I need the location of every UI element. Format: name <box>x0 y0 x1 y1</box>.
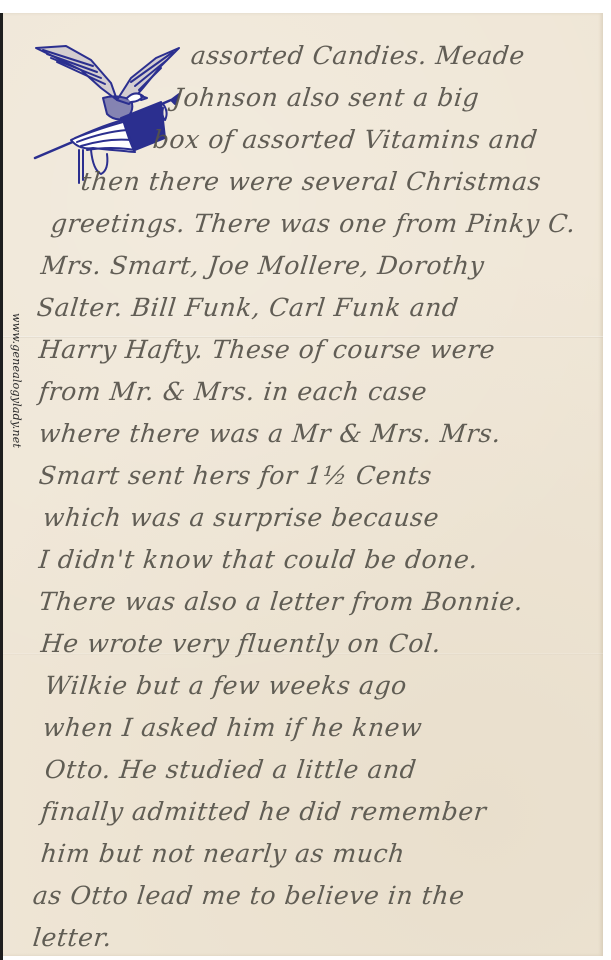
letter-line: box of assorted Vitamins and <box>152 127 539 152</box>
letter-line: Wilkie but a few weeks ago <box>44 673 409 698</box>
letter-line: Smart sent hers for 1½ Cents <box>38 463 434 488</box>
letter-line: which was a surprise because <box>42 505 441 530</box>
scanned-letter-page: www.genealogylady.net <box>0 0 611 960</box>
letter-line: finally admitted he did remember <box>40 799 488 824</box>
letter-line: when I asked him if he knew <box>42 715 424 740</box>
letter-line: I didn't know that could be done. <box>38 547 480 572</box>
letter-line: He wrote very fluently on Col. <box>40 631 443 656</box>
letter-line: greetings. There was one from Pinky C. <box>50 211 577 236</box>
letter-line: Salter. Bill Funk, Carl Funk and <box>36 295 460 320</box>
letter-line: Otto. He studied a little and <box>44 757 418 782</box>
letter-line: from Mr. & Mrs. in each case <box>38 379 429 404</box>
letter-line: letter. <box>32 925 114 950</box>
letter-line: Mrs. Smart, Joe Mollere, Dorothy <box>40 253 486 278</box>
letter-line: Harry Hafty. These of course were <box>38 337 497 362</box>
letter-paper: www.genealogylady.net <box>3 13 603 956</box>
letter-line: assorted Candies. Meade <box>190 43 527 68</box>
letter-line: him but not nearly as much <box>40 841 407 866</box>
letter-line: as Otto lead me to believe in the <box>32 883 466 908</box>
letter-line: Johnson also sent a big <box>172 85 481 110</box>
letter-handwriting: assorted Candies. Meade Johnson also sen… <box>3 13 603 956</box>
letter-line: where there was a Mr & Mrs. Mrs. <box>38 421 503 446</box>
letter-line: There was also a letter from Bonnie. <box>38 589 525 614</box>
letter-line: then there were several Christmas <box>80 169 543 194</box>
